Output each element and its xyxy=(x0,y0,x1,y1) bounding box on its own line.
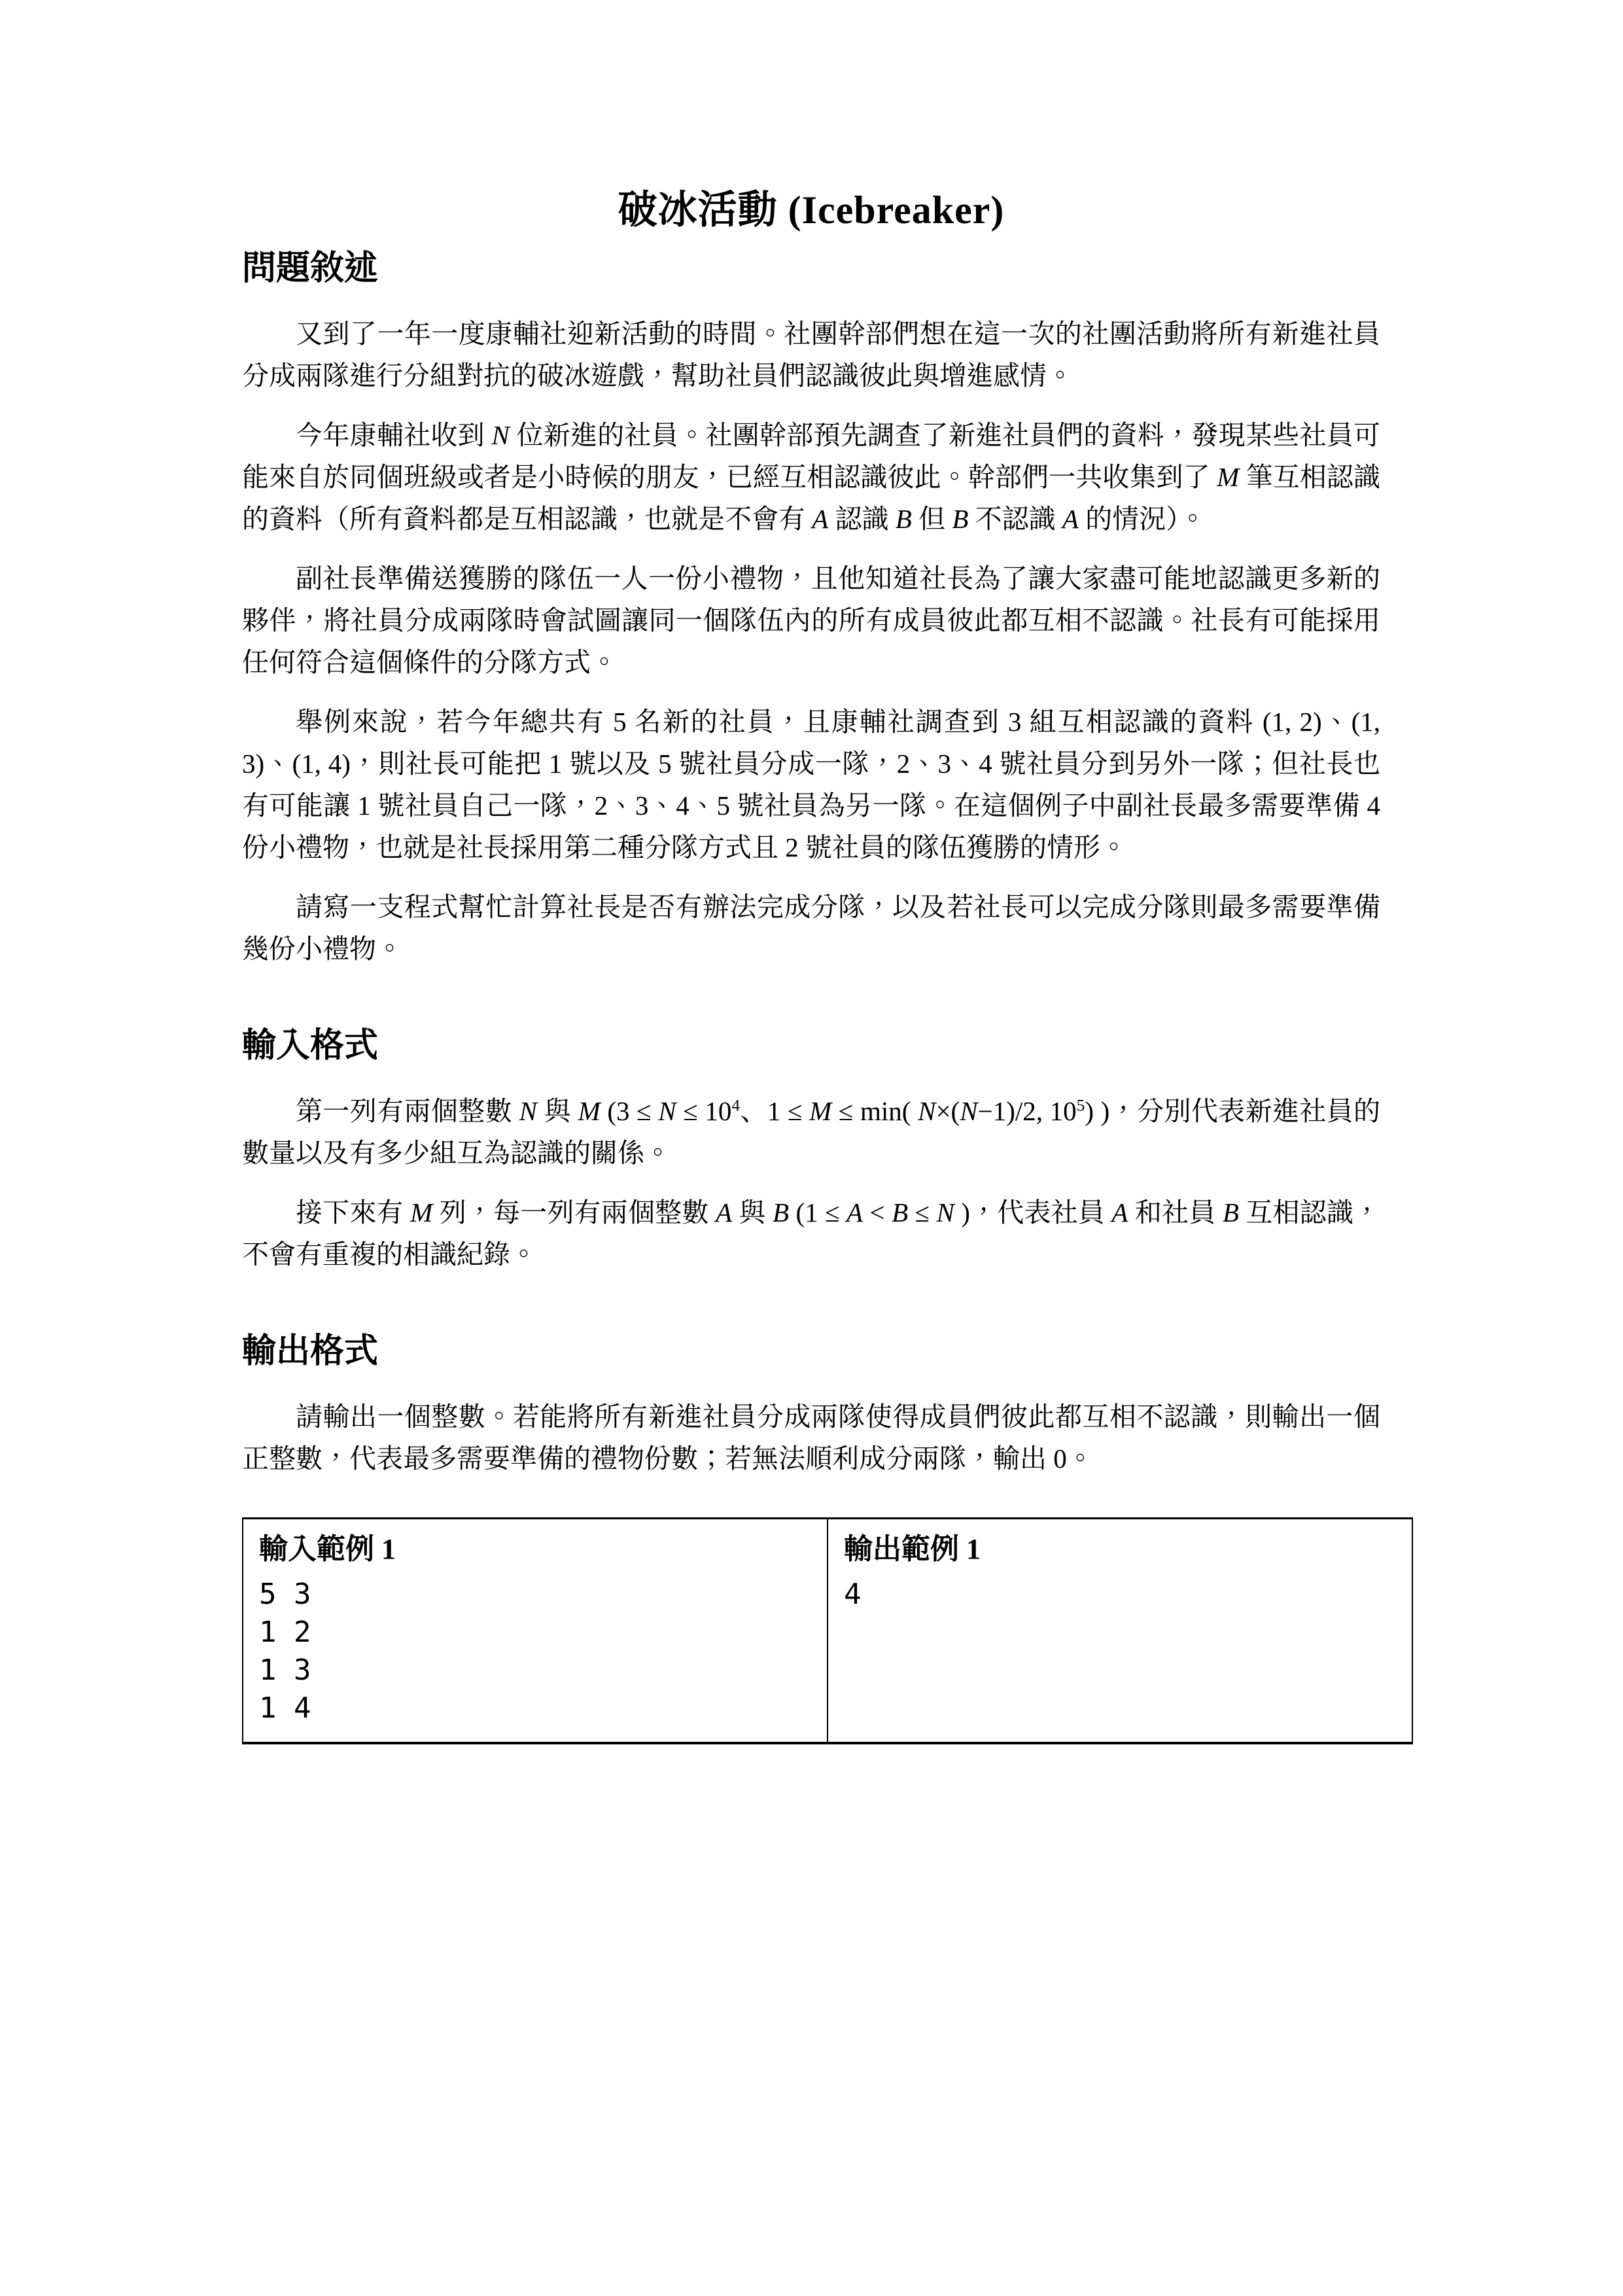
paragraph: 第一列有兩個整數 N 與 M (3 ≤ N ≤ 104、1 ≤ M ≤ min(… xyxy=(242,1090,1380,1174)
paragraph: 今年康輔社收到 N 位新進的社員。社團幹部預先調查了新進社員們的資料，發現某些社… xyxy=(242,414,1380,540)
page-title: 破冰活動 (Icebreaker) xyxy=(242,183,1380,237)
sample-output-code: 4 xyxy=(844,1576,1396,1614)
sample-input-cell: 輸入範例 1 5 3 1 2 1 3 1 4 xyxy=(243,1519,828,1744)
paragraph: 又到了一年一度康輔社迎新活動的時間。社團幹部們想在這一次的社團活動將所有新進社員… xyxy=(242,313,1380,397)
samples-row: 輸入範例 1 5 3 1 2 1 3 1 4 輸出範例 1 4 xyxy=(243,1519,1412,1744)
section-heading-problem: 問題敘述 xyxy=(242,247,1380,291)
paragraph: 舉例來說，若今年總共有 5 名新的社員，且康輔社調查到 3 組互相認識的資料 (… xyxy=(242,701,1380,868)
document-page: 破冰活動 (Icebreaker) 問題敘述 又到了一年一度康輔社迎新活動的時間… xyxy=(0,0,1623,2296)
paragraph: 請輸出一個整數。若能將所有新進社員分成兩隊使得成員們彼此都互相不認識，則輸出一個… xyxy=(242,1396,1380,1479)
paragraph: 副社長準備送獲勝的隊伍一人一份小禮物，且他知道社長為了讓大家盡可能地認識更多新的… xyxy=(242,557,1380,683)
sample-input-code: 5 3 1 2 1 3 1 4 xyxy=(259,1576,811,1727)
paragraph: 請寫一支程式幫忙計算社長是否有辦法完成分隊，以及若社長可以完成分隊則最多需要準備… xyxy=(242,886,1380,970)
sample-input-header: 輸入範例 1 xyxy=(259,1530,811,1569)
paragraph: 接下來有 M 列，每一列有兩個整數 A 與 B (1 ≤ A < B ≤ N )… xyxy=(242,1192,1380,1275)
samples-table: 輸入範例 1 5 3 1 2 1 3 1 4 輸出範例 1 4 xyxy=(242,1517,1413,1744)
sample-output-header: 輸出範例 1 xyxy=(844,1530,1396,1569)
section-heading-input-format: 輸入格式 xyxy=(242,1025,1380,1068)
sample-output-cell: 輸出範例 1 4 xyxy=(828,1519,1412,1744)
section-heading-output-format: 輸出格式 xyxy=(242,1330,1380,1373)
